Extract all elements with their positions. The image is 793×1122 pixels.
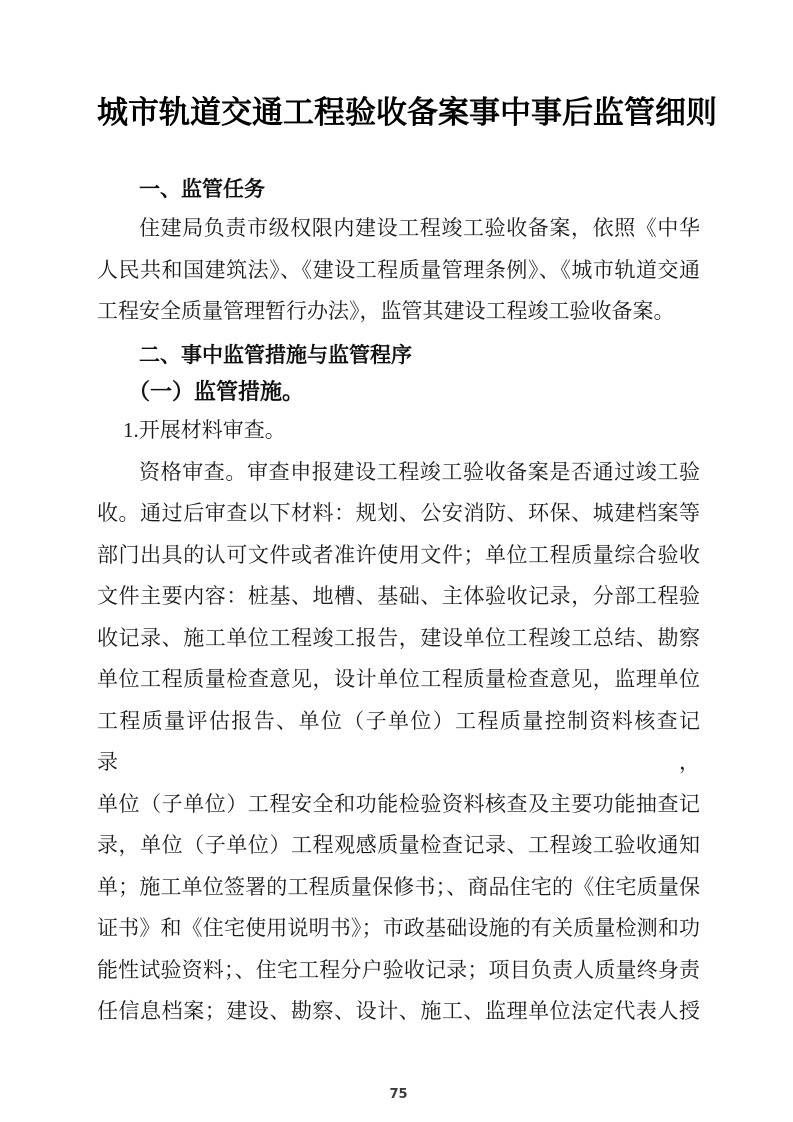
body-line: 任信息档案；建设、勘察、设计、施工、监理单位法定代表人授 (97, 991, 700, 1033)
body-line: 工程安全质量管理暂行办法》，监管其建设工程竣工验收备案。 (97, 291, 700, 333)
body-line: 证书》和《住宅使用说明书》；市政基础设施的有关质量检测和功 (97, 908, 700, 950)
body-line: 单位（子单位）工程安全和功能检验资料核查及主要功能抽查记 (97, 784, 700, 826)
page-number: 75 (97, 1087, 700, 1102)
body-line: 部门出具的认可文件或者准许使用文件；单位工程质量综合验收 (97, 535, 700, 577)
document-title: 城市轨道交通工程验收备案事中事后监管细则 (97, 0, 700, 136)
body-line: 住建局负责市级权限内建设工程竣工验收备案，依照《中华 (97, 208, 700, 250)
paragraph-1: 住建局负责市级权限内建设工程竣工验收备案，依照《中华 人民共和国建筑法》、《建设… (97, 208, 700, 333)
body-line: 单；施工单位签署的工程质量保修书；、商品住宅的《住宅质量保 (97, 867, 700, 909)
body-line: 资格审查。审查申报建设工程竣工验收备案是否通过竣工验 (97, 452, 700, 494)
numbered-item-1: 1.开展材料审查。 (97, 415, 700, 445)
body-line: 工程质量评估报告、单位（子单位）工程质量控制资料核查记录， (97, 701, 700, 784)
body-line: 单位工程质量检查意见，设计单位工程质量检查意见，监理单位 (97, 659, 700, 701)
subsection-heading: （一）监管措施。 (97, 377, 700, 407)
section-heading-1: 一、监管任务 (97, 176, 700, 204)
document-page: 城市轨道交通工程验收备案事中事后监管细则 一、监管任务 住建局负责市级权限内建设… (0, 0, 793, 1122)
body-line: 录，单位（子单位）工程观感质量检查记录、工程竣工验收通知 (97, 825, 700, 867)
section-heading-2: 二、事中监管措施与监管程序 (97, 342, 700, 370)
body-line: 能性试验资料；、住宅工程分户验收记录；项目负责人质量终身责 (97, 950, 700, 992)
paragraph-2: 资格审查。审查申报建设工程竣工验收备案是否通过竣工验 收。通过后审查以下材料：规… (97, 452, 700, 1033)
body-line: 收。通过后审查以下材料：规划、公安消防、环保、城建档案等 (97, 493, 700, 535)
body-line: 文件主要内容：桩基、地槽、基础、主体验收记录，分部工程验 (97, 576, 700, 618)
body-line: 人民共和国建筑法》、《建设工程质量管理条例》、《城市轨道交通 (97, 250, 700, 292)
body-line: 收记录、施工单位工程竣工报告，建设单位工程竣工总结、勘察 (97, 618, 700, 660)
